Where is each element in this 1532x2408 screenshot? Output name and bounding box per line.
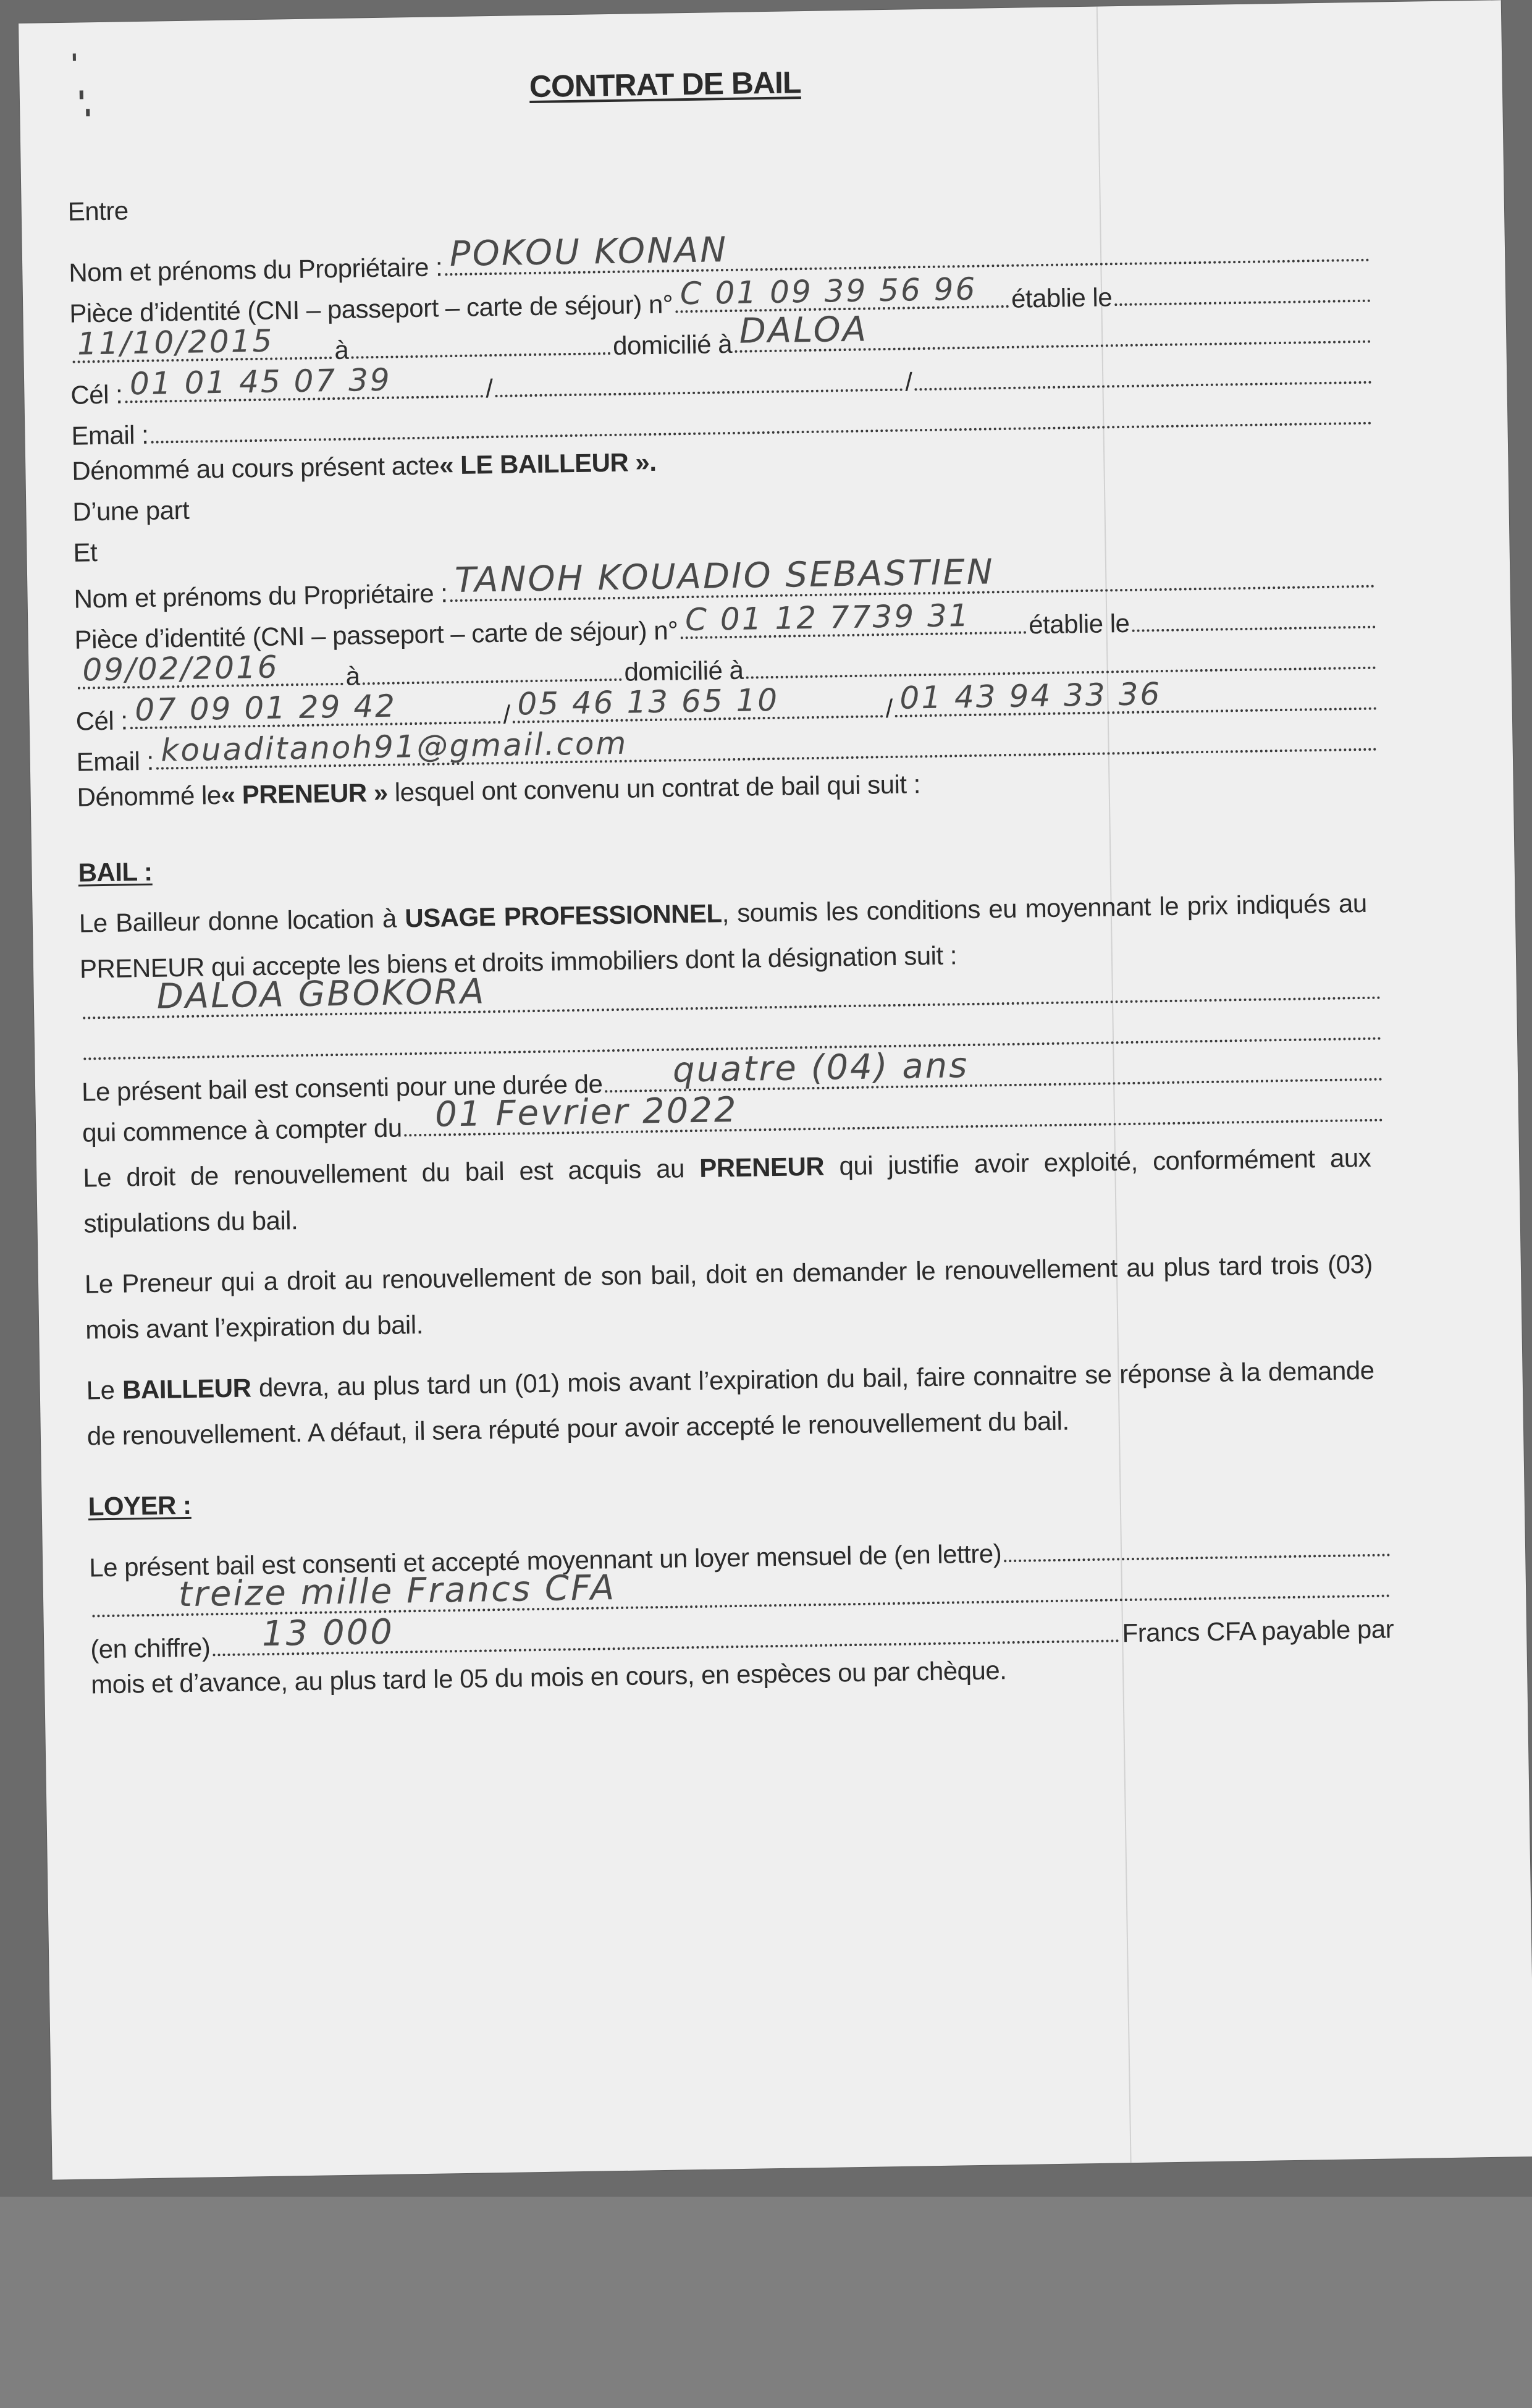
bailleur-phone-2-field[interactable] (495, 364, 903, 397)
duration-field[interactable]: quatre (04) ans (605, 1054, 1383, 1093)
document-title: CONTRAT DE BAIL (0, 58, 1370, 111)
preneur-phone-2-field[interactable]: 05 46 13 65 10 (512, 690, 883, 723)
bailleur-phone-1-value: 01 01 45 07 39 (130, 365, 392, 400)
bail-p2-text: Le droit de renouvellement du bail est a… (83, 1154, 700, 1193)
and-text: Et (73, 539, 97, 566)
preneur-at-field[interactable] (362, 654, 622, 685)
preneur-role-agreement: lesquel ont convenu un contrat de bail q… (387, 771, 920, 806)
preneur-phone-label: Cél : (75, 708, 128, 734)
bail-p4-text-rest: devra, au plus tard un (01) mois avant l… (87, 1356, 1374, 1451)
bail-p4-bailleur: BAILLEUR (122, 1373, 251, 1404)
preneur-name-field[interactable]: TANOH KOUADIO SEBASTIEN (450, 560, 1375, 602)
preneur-phone-2-value: 05 46 13 65 10 (517, 685, 779, 720)
bailleur-id-field[interactable]: C 01 09 39 56 96 (675, 281, 1009, 313)
preneur-name-label: Nom et prénoms du Propriétaire : (74, 580, 448, 612)
preneur-id-value: C 01 12 7739 31 (685, 600, 970, 635)
loyer-section: LOYER : Le présent bail est consenti et … (88, 1473, 1394, 1712)
preneur-phone-3-field[interactable]: 01 43 94 33 36 (894, 683, 1376, 717)
preneur-id-field[interactable]: C 01 12 7739 31 (680, 607, 1027, 640)
bailleur-id-label: Pièce d’identité (CNI – passeport – cart… (69, 291, 673, 326)
bailleur-email-label: Email : (71, 422, 149, 449)
bailleur-issued-field-start[interactable] (1114, 275, 1371, 306)
bailleur-domicile-field[interactable]: DALOA (734, 316, 1371, 353)
bailleur-domicile-value: DALOA (739, 312, 868, 349)
bailleur-domicile-label: domicilié à (613, 331, 733, 359)
loyer-heading: LOYER : (88, 1492, 191, 1520)
contract-content: CONTRAT DE BAIL Entre Nom et prénoms du … (65, 58, 1394, 1713)
bailleur-issued-label: établie le (1011, 284, 1113, 312)
rent-words-value: treize mille Francs CFA (179, 1571, 617, 1612)
bailleur-phone-1-field[interactable]: 01 01 45 07 39 (125, 370, 484, 403)
preneur-email-value: kouaditanoh91@gmail.com (161, 728, 628, 766)
intro-text: Entre (67, 198, 128, 225)
phone-separator: / (905, 369, 912, 395)
preneur-email-label: Email : (76, 748, 154, 775)
phone-separator: / (885, 696, 893, 722)
rent-currency-label: Francs CFA payable par (1122, 1616, 1394, 1646)
preneur-role-name: « PRENEUR » (221, 780, 388, 808)
bailleur-id-value: C 01 09 39 56 96 (680, 274, 977, 310)
bailleur-role-name: « LE BAILLEUR ». (439, 449, 657, 479)
bail-usage-type: USAGE PROFESSIONNEL (405, 898, 722, 932)
bail-heading: BAIL : (78, 859, 153, 886)
preneur-issued-date-field[interactable]: 09/02/2016 (77, 658, 343, 690)
preneur-name-value: TANOH KOUADIO SEBASTIEN (455, 555, 995, 598)
bailleur-issued-date-value: 11/10/2015 (77, 326, 274, 360)
bail-p4-text: Le (86, 1375, 122, 1405)
preneur-domicile-label: domicilié à (624, 657, 744, 685)
preneur-section: Nom et prénoms du Propriétaire : TANOH K… (74, 560, 1381, 826)
bailleur-phone-label: Cél : (70, 381, 123, 408)
bail-p1-text: Le Bailleur donne location à (79, 903, 405, 937)
preneur-phone-3-value: 01 43 94 33 36 (899, 678, 1161, 714)
preneur-phone-1-value: 07 09 01 29 42 (135, 691, 397, 726)
preneur-issued-label: établie le (1029, 610, 1130, 638)
bailleur-at-label: à (334, 337, 349, 363)
preneur-issued-date-value: 09/02/2016 (82, 652, 279, 686)
duration-value: quatre (04) ans (673, 1049, 969, 1088)
contract-page: CONTRAT DE BAIL Entre Nom et prénoms du … (19, 0, 1532, 2179)
bail-p1-text-rest: , soumis les conditions eu moyennant le … (80, 889, 1367, 984)
bailleur-name-label: Nom et prénoms du Propriétaire : (69, 254, 443, 285)
bail-p2-preneur: PRENEUR (699, 1152, 825, 1183)
rent-words-field-start[interactable] (1004, 1529, 1391, 1562)
first-party-text: D’une part (72, 497, 189, 525)
bailleur-name-value: POKOU KONAN (449, 233, 728, 272)
phone-separator: / (503, 702, 510, 728)
rent-figures-value: 13 000 (262, 1615, 395, 1652)
preneur-role-text: Dénommé le (77, 782, 221, 811)
preneur-phone-1-field[interactable]: 07 09 01 29 42 (130, 696, 501, 729)
rent-figures-label: (en chiffre) (90, 1634, 211, 1662)
preneur-issued-field-start[interactable] (1132, 601, 1376, 632)
start-date-value: 01 Fevrier 2022 (435, 1093, 738, 1133)
preneur-id-label: Pièce d’identité (CNI – passeport – cart… (74, 617, 678, 653)
designation-value: DALOA GBOKORA (156, 974, 486, 1014)
phone-separator: / (486, 376, 493, 402)
bailleur-at-field[interactable] (351, 327, 611, 359)
bail-section: BAIL : Le Bailleur donne location à USAG… (78, 840, 1391, 1460)
bailleur-issued-date-field[interactable]: 11/10/2015 (72, 332, 332, 363)
bailleur-role-text: Dénommé au cours présent acte (72, 452, 439, 484)
start-date-label: qui commence à compter du (82, 1115, 402, 1146)
preneur-at-label: à (345, 663, 360, 689)
bailleur-section: Nom et prénoms du Propriétaire : POKOU K… (69, 234, 1376, 540)
